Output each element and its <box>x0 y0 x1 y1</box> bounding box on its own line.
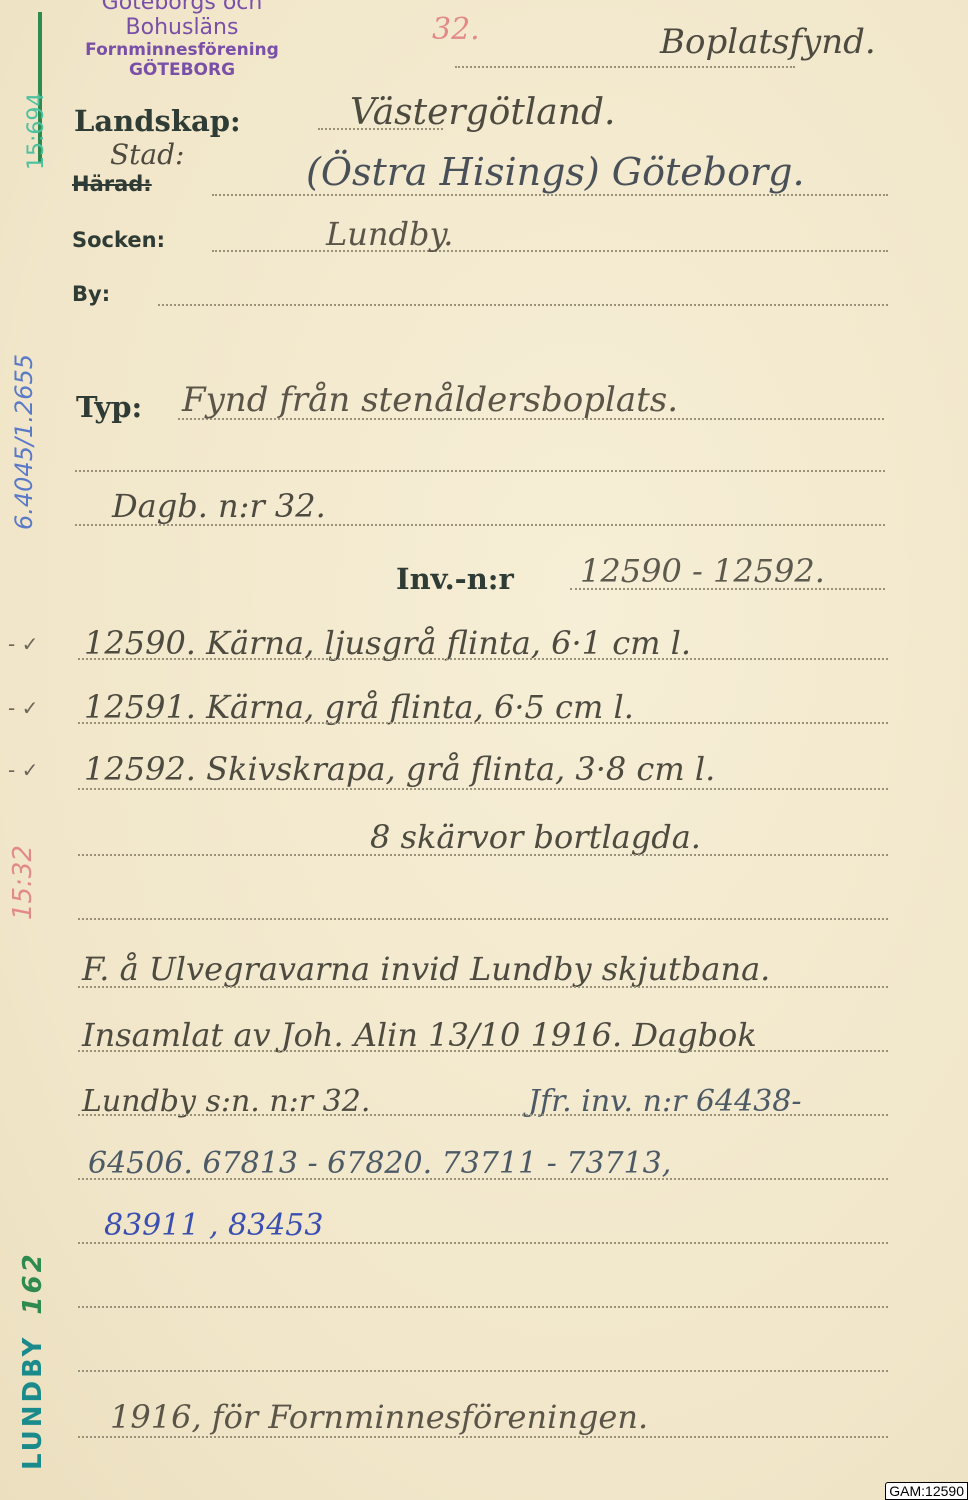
check-mark: - ✓ <box>8 632 38 656</box>
dotted-line <box>78 854 888 856</box>
landskap-value: Västergötland. <box>350 92 615 133</box>
dagbok-number: Dagb. n:r 32. <box>112 487 326 525</box>
red-card-number: 32. <box>432 12 480 47</box>
socken-label: Socken: <box>72 228 165 252</box>
inv-value: 12590 - 12592. <box>580 552 825 590</box>
lundby-label: LUNDBY 162 <box>18 1251 48 1470</box>
harad-label: Härad: <box>72 172 152 196</box>
blue-margin-code: 6.4045/1.2655 <box>10 354 38 530</box>
dotted-line <box>75 470 885 472</box>
red-margin-code: 15:32 <box>8 845 38 920</box>
check-mark: - ✓ <box>8 758 38 782</box>
landskap-label: Landskap: <box>74 104 241 138</box>
item-row: 12591. Kärna, grå flinta, 6·5 cm l. <box>84 688 634 726</box>
dotted-line <box>75 524 885 526</box>
dotted-line <box>78 1242 888 1244</box>
acquisition-note: 1916, för Fornminnesföreningen. <box>110 1398 648 1436</box>
dotted-line <box>78 788 888 790</box>
notes-line-4: 64506. 67813 - 67820. 73711 - 73713, <box>88 1146 671 1181</box>
stamp-line-2: Bohusläns <box>62 15 302 40</box>
item-row: 12590. Kärna, ljusgrå flinta, 6·1 cm l. <box>84 624 691 662</box>
dotted-line <box>78 1178 888 1180</box>
stamp-line-1: Göteborgs och <box>62 0 302 15</box>
green-margin-number: 15:694 <box>24 93 49 170</box>
socken-value: Lundby. <box>326 215 453 253</box>
dotted-line <box>78 1436 888 1438</box>
stamp-line-3: Fornminnesförening <box>62 40 302 60</box>
item-row: 8 skärvor bortlagda. <box>370 818 701 856</box>
lundby-text: LUNDBY <box>18 1335 48 1470</box>
society-stamp: Göteborgs och Bohusläns Fornminnesföreni… <box>62 0 302 80</box>
typ-value: Fynd från stenåldersboplats. <box>182 380 678 420</box>
dotted-line <box>78 1370 888 1372</box>
dotted-line <box>212 250 888 252</box>
dotted-line <box>78 1050 888 1052</box>
dotted-line <box>78 722 888 724</box>
catalog-tag: GAM:12590 <box>885 1482 968 1500</box>
item-row: 12592. Skivskrapa, grå flinta, 3·8 cm l. <box>84 750 715 788</box>
category-title: Boplatsfynd. <box>660 22 876 62</box>
notes-line-1: F. å Ulvegravarna invid Lundby skjutbana… <box>82 950 770 988</box>
dotted-line <box>78 986 888 988</box>
dotted-line <box>78 918 888 920</box>
dotted-line <box>78 1306 888 1308</box>
lundby-number: 162 <box>18 1251 48 1314</box>
check-mark: - ✓ <box>8 696 38 720</box>
dotted-line <box>78 1114 888 1116</box>
by-label: By: <box>72 282 110 306</box>
inv-label: Inv.-n:r <box>396 562 514 596</box>
dotted-line <box>158 304 888 306</box>
dotted-line <box>455 66 795 68</box>
typ-label: Typ: <box>76 390 142 424</box>
notes-line-5: 83911 , 83453 <box>104 1208 323 1243</box>
harad-value: (Östra Hisings) Göteborg. <box>306 150 805 194</box>
stad-override-label: Stad: <box>110 138 184 171</box>
dotted-line <box>212 194 888 196</box>
notes-line-2: Insamlat av Joh. Alin 13/10 1916. Dagbok <box>82 1016 757 1054</box>
stamp-line-4: GÖTEBORG <box>62 60 302 80</box>
dotted-line <box>78 658 888 660</box>
